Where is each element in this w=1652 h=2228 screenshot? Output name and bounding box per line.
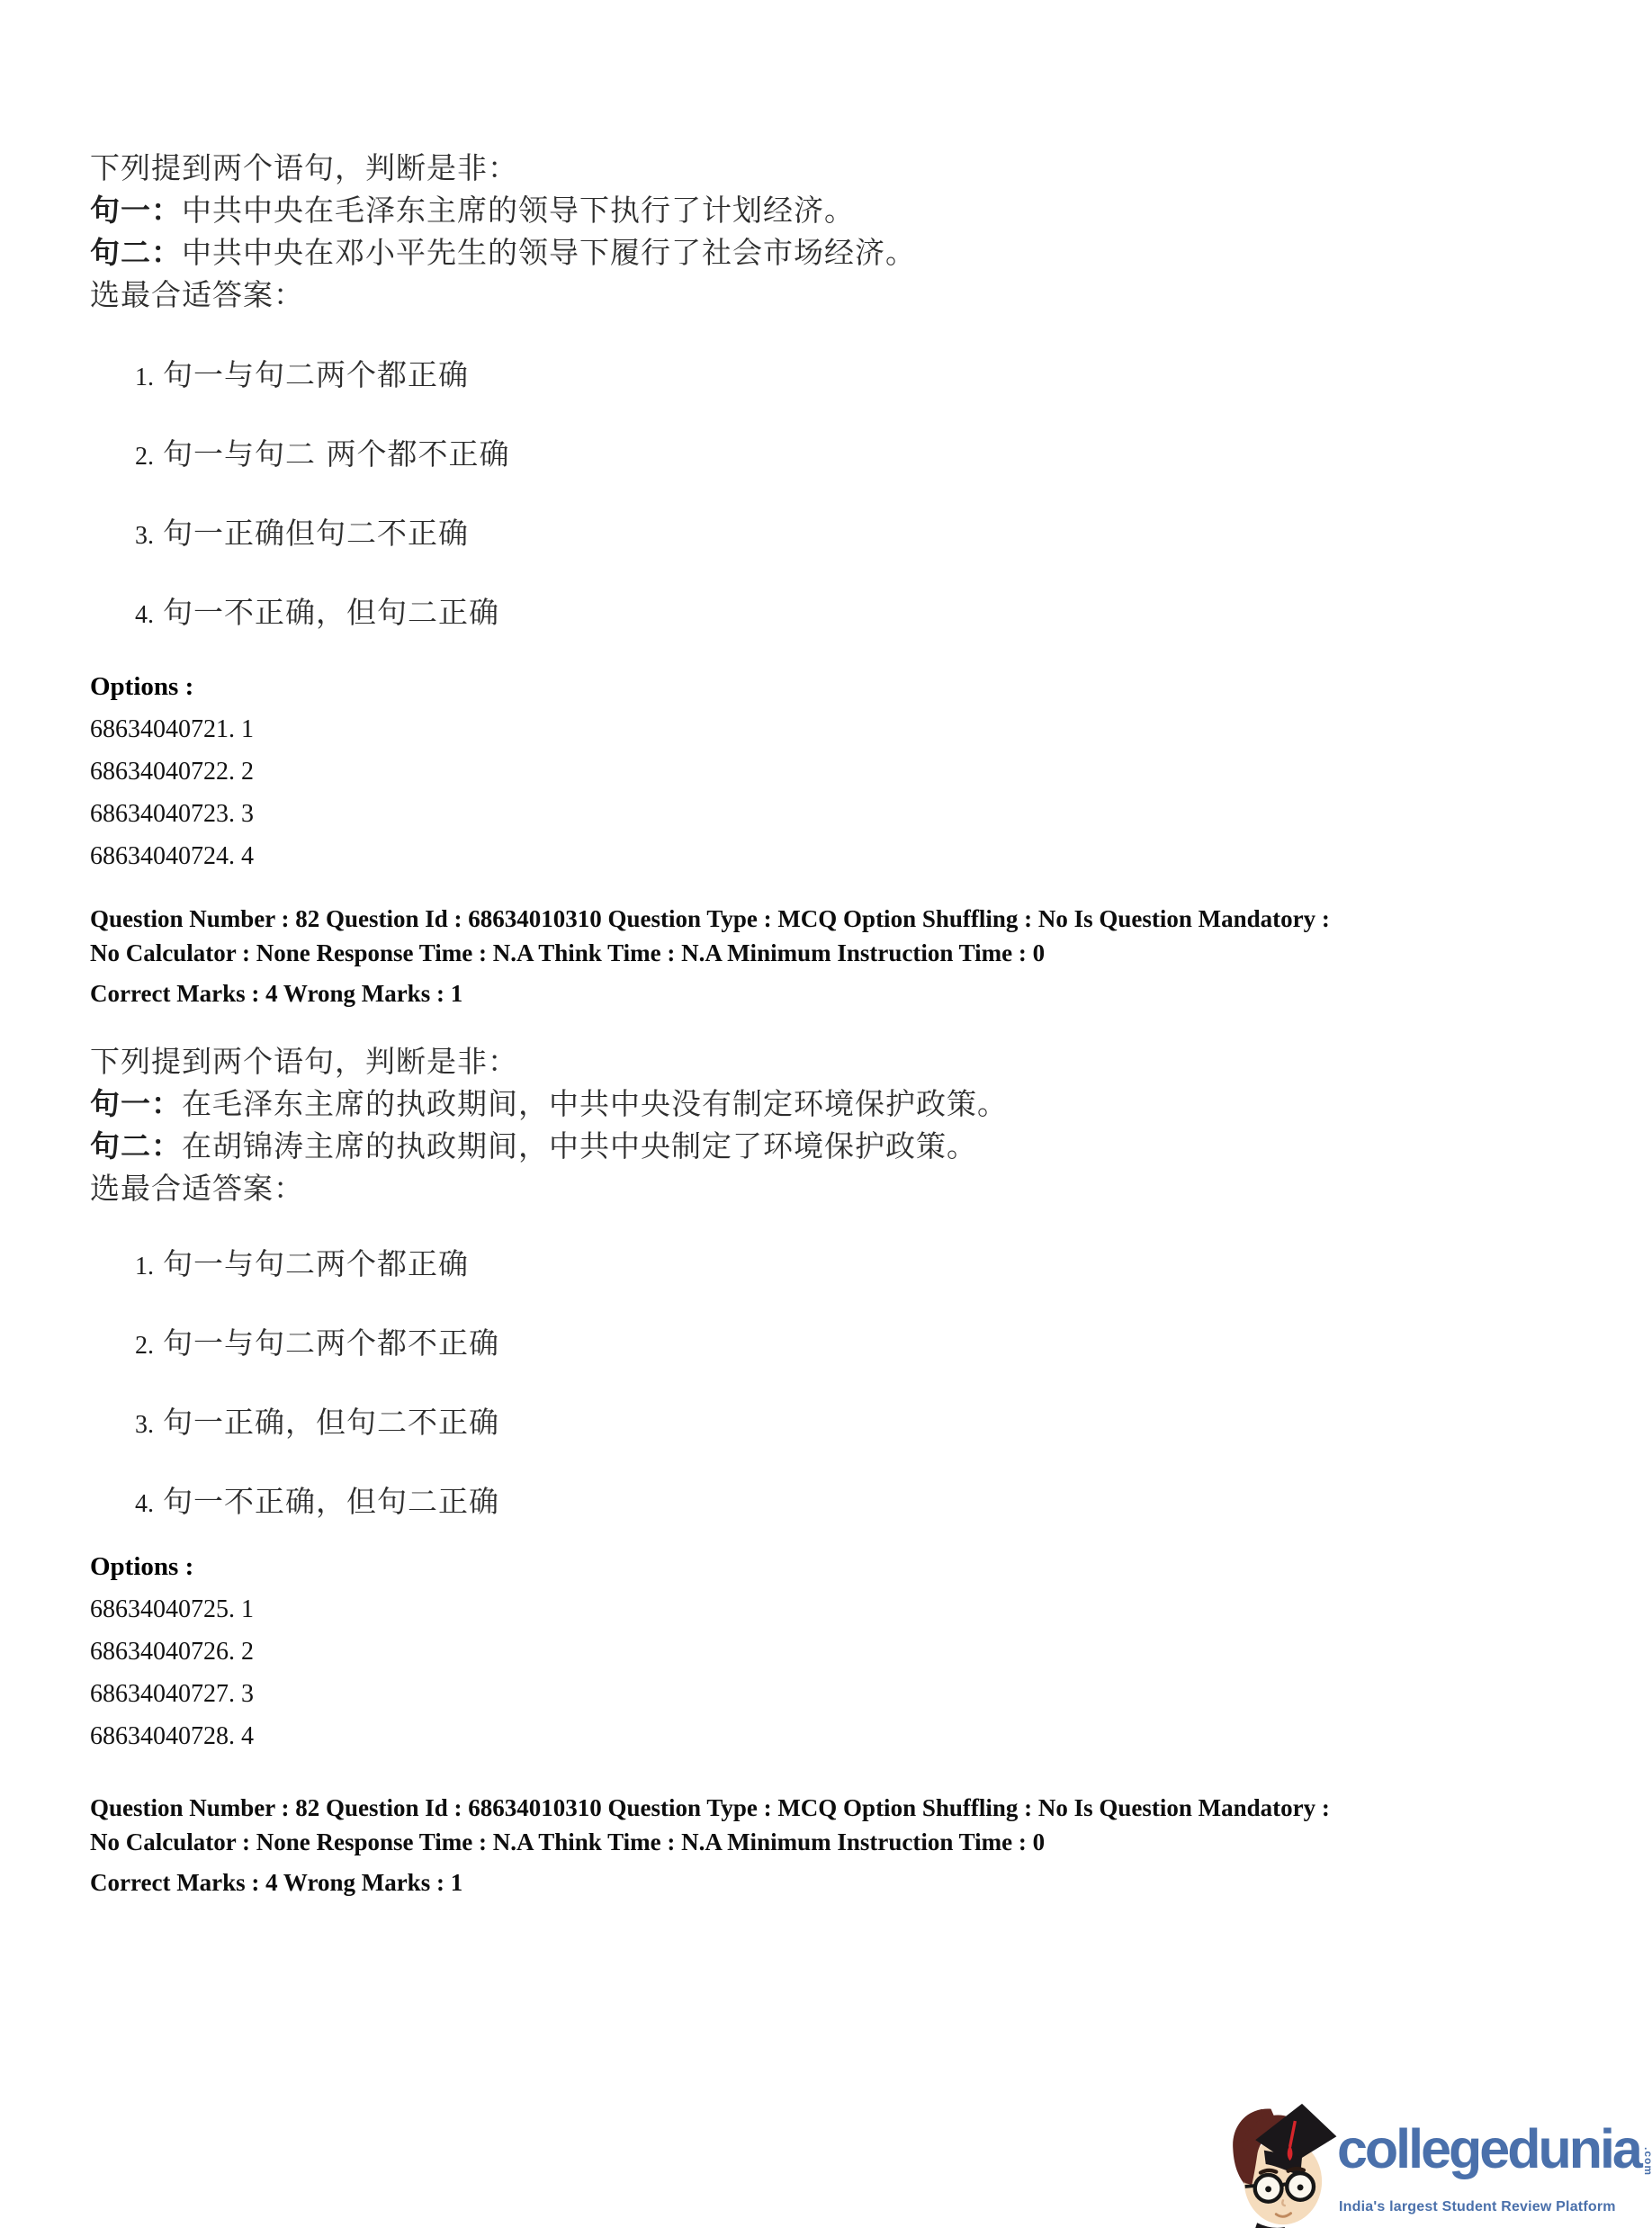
option-id: 68634040727. 3 xyxy=(90,1673,254,1715)
question-2-sentence-1: 句一：在毛泽东主席的执政期间，中共中央没有制定环境保护政策。 xyxy=(90,1083,1008,1125)
brand-wordmark-row: collegedunia .com xyxy=(1337,2124,1652,2176)
choice-number: 3. xyxy=(135,1411,154,1439)
choice-text: 句一不正确，但句二正确 xyxy=(163,595,499,630)
question-1-choices: 1.句一与句二两个都正确 2.句一与句二 两个都不正确 3.句一正确但句二不正确… xyxy=(135,358,510,633)
choice-item: 2.句一与句二两个都不正确 xyxy=(135,1326,499,1363)
question-2-metadata: Question Number : 82 Question Id : 68634… xyxy=(90,1791,1330,1900)
brand-wordmark: collegedunia xyxy=(1337,2124,1640,2174)
option-id: 68634040724. 4 xyxy=(90,835,254,877)
choice-item: 3.句一正确但句二不正确 xyxy=(135,517,510,553)
metadata-marks: Correct Marks : 4 Wrong Marks : 1 xyxy=(90,1865,1330,1900)
choice-text: 句一正确但句二不正确 xyxy=(163,516,469,551)
question-2-options-block: Options : 68634040725. 1 68634040726. 2 … xyxy=(90,1546,254,1757)
choice-item: 4.句一不正确，但句二正确 xyxy=(135,596,510,633)
question-1-text: 下列提到两个语句，判断是非： 句一：中共中央在毛泽东主席的领导下执行了计划经济。… xyxy=(90,147,916,316)
options-header: Options : xyxy=(90,1546,254,1588)
metadata-line: No Calculator : None Response Time : N.A… xyxy=(90,1825,1330,1859)
choice-item: 4.句一不正确，但句二正确 xyxy=(135,1485,499,1522)
metadata-line: Question Number : 82 Question Id : 68634… xyxy=(90,1791,1330,1825)
metadata-line: Question Number : 82 Question Id : 68634… xyxy=(90,902,1330,936)
graduate-boy-mascot-icon xyxy=(1226,2100,1337,2228)
choice-number: 2. xyxy=(135,443,154,471)
option-id: 68634040723. 3 xyxy=(90,793,254,835)
choice-item: 3.句一正确，但句二不正确 xyxy=(135,1406,499,1442)
choice-number: 1. xyxy=(135,364,154,391)
choice-text: 句一与句二两个都正确 xyxy=(163,1246,469,1281)
question-1-sentence-2: 句二：中共中央在邓小平先生的领导下履行了社会市场经济。 xyxy=(90,231,916,274)
question-2-prompt: 选最合适答案： xyxy=(90,1167,1008,1209)
option-id: 68634040722. 2 xyxy=(90,750,254,793)
question-1-metadata: Question Number : 82 Question Id : 68634… xyxy=(90,902,1330,1011)
choice-text: 句一不正确，但句二正确 xyxy=(163,1484,499,1519)
choice-text: 句一与句二 两个都不正确 xyxy=(163,436,510,472)
option-id: 68634040721. 1 xyxy=(90,708,254,750)
metadata-marks: Correct Marks : 4 Wrong Marks : 1 xyxy=(90,976,1330,1011)
choice-item: 1.句一与句二两个都正确 xyxy=(135,358,510,395)
question-1-prompt: 选最合适答案： xyxy=(90,274,916,316)
metadata-line: No Calculator : None Response Time : N.A… xyxy=(90,936,1330,970)
choice-number: 4. xyxy=(135,601,154,629)
option-id: 68634040726. 2 xyxy=(90,1631,254,1673)
collegedunia-logo: collegedunia .com India's largest Studen… xyxy=(1220,2097,1652,2228)
options-header: Options : xyxy=(90,666,254,708)
question-1-intro: 下列提到两个语句，判断是非： xyxy=(90,147,916,189)
question-2-intro: 下列提到两个语句，判断是非： xyxy=(90,1040,1008,1083)
choice-item: 1.句一与句二两个都正确 xyxy=(135,1247,499,1284)
question-1-sentence-1: 句一：中共中央在毛泽东主席的领导下执行了计划经济。 xyxy=(90,189,916,231)
choice-number: 4. xyxy=(135,1490,154,1518)
choice-text: 句一与句二两个都不正确 xyxy=(163,1325,499,1361)
choice-number: 1. xyxy=(135,1253,154,1280)
option-id: 68634040725. 1 xyxy=(90,1588,254,1631)
brand-domain-suffix: .com xyxy=(1643,2147,1652,2176)
option-id: 68634040728. 4 xyxy=(90,1715,254,1757)
choice-text: 句一与句二两个都正确 xyxy=(163,357,469,392)
choice-text: 句一正确，但句二不正确 xyxy=(163,1405,499,1440)
question-2-sentence-2: 句二：在胡锦涛主席的执政期间，中共中央制定了环境保护政策。 xyxy=(90,1125,1008,1167)
choice-number: 3. xyxy=(135,522,154,550)
question-2-choices: 1.句一与句二两个都正确 2.句一与句二两个都不正确 3.句一正确，但句二不正确… xyxy=(135,1247,499,1522)
choice-number: 2. xyxy=(135,1332,154,1360)
question-1-options-block: Options : 68634040721. 1 68634040722. 2 … xyxy=(90,666,254,877)
brand-tagline: India's largest Student Review Platform xyxy=(1339,2199,1645,2215)
choice-item: 2.句一与句二 两个都不正确 xyxy=(135,437,510,474)
question-2-text: 下列提到两个语句，判断是非： 句一：在毛泽东主席的执政期间，中共中央没有制定环境… xyxy=(90,1040,1008,1209)
